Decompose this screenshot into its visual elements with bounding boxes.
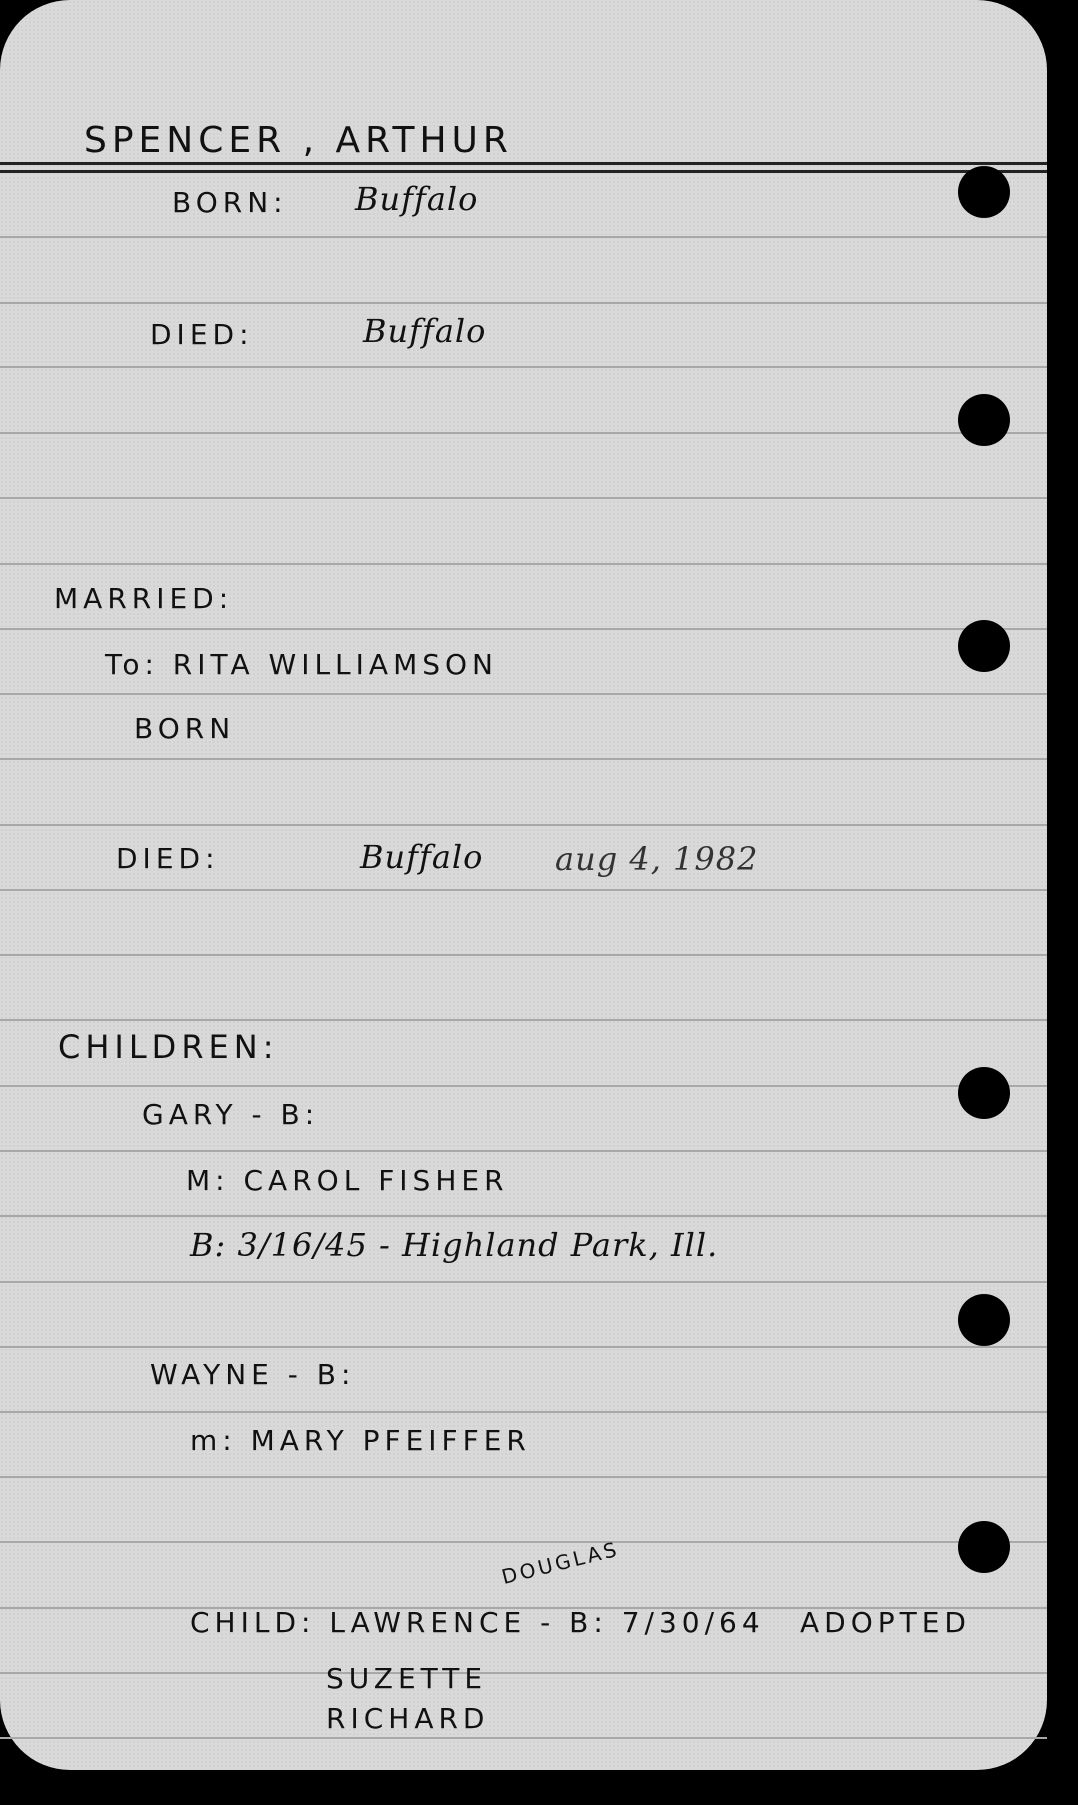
ruled-line [0,889,1047,891]
born-place: Buffalo [355,180,478,218]
ruled-line [0,432,1047,434]
binder-hole [958,394,1010,446]
spouse-died-date: aug 4, 1982 [555,840,758,878]
ruled-line [0,1737,1047,1739]
spouse-died-place: Buffalo [360,838,483,876]
grandchild-annotation: DOUGLAS [499,1537,621,1589]
ruled-line [0,1411,1047,1413]
adoption-note: ADOPTED [800,1606,971,1639]
child-wayne: WAYNE - B: [150,1358,355,1391]
binder-hole [958,620,1010,672]
ruled-line [0,302,1047,304]
ruled-line [0,366,1047,368]
ruled-line [0,563,1047,565]
child-gary-spouse-birth: B: 3/16/45 - Highland Park, Ill. [190,1226,718,1264]
died-label: DIED: [150,318,254,351]
ruled-line [0,628,1047,630]
binder-hole [958,1067,1010,1119]
ruled-line [0,758,1047,760]
child-gary: GARY - B: [142,1098,319,1131]
married-heading: MARRIED: [54,582,233,615]
binder-hole [958,1294,1010,1346]
ruled-line [0,693,1047,695]
child-wayne-spouse: m: MARY PFEIFFER [190,1424,531,1457]
ruled-line [0,1281,1047,1283]
grandchild-richard: RICHARD [326,1702,490,1735]
header-rule [0,170,1047,173]
ruled-line [0,1476,1047,1478]
spouse-line: To: RITA WILLIAMSON [105,648,498,681]
ruled-line [0,1085,1047,1087]
born-label: BORN: [172,186,288,219]
subject-name: SPENCER , ARTHUR [84,120,513,161]
grandchild-suzette: SUZETTE [326,1662,487,1695]
spouse-born-label: BORN [134,712,235,745]
ruled-line [0,1672,1047,1674]
binder-hole [958,1521,1010,1573]
ruled-line [0,1019,1047,1021]
ruled-line [0,824,1047,826]
grandchild-first: CHILD: LAWRENCE - B: 7/30/64 [190,1606,765,1639]
ruled-line [0,497,1047,499]
ruled-line [0,954,1047,956]
ruled-line [0,236,1047,238]
ruled-line [0,1215,1047,1217]
index-card: SPENCER , ARTHUR BORN: Buffalo DIED: Buf… [0,0,1047,1770]
ruled-line [0,1346,1047,1348]
ruled-line [0,1541,1047,1543]
children-heading: CHILDREN: [58,1028,278,1066]
ruled-line [0,1150,1047,1152]
spouse-died-label: DIED: [116,842,220,875]
child-gary-spouse: M: CAROL FISHER [186,1164,509,1197]
died-place: Buffalo [363,312,486,350]
binder-hole [958,166,1010,218]
header-rule [0,162,1047,165]
